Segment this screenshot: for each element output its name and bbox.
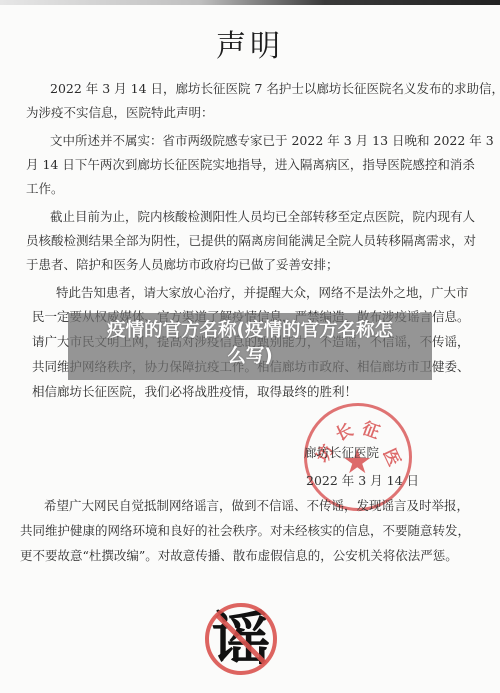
- paragraph-line: 于患者、陪护和医务人员廊坊市政府均已做了妥善安排；: [26, 255, 339, 273]
- document-title: 声明: [0, 21, 500, 65]
- caption-line-1: 疫情的官方名称(疫情的官方名称怎: [68, 318, 432, 344]
- paragraph-line: 为涉疫不实信息，医院特此声明：: [26, 103, 214, 121]
- caption-line-2: 么写): [68, 344, 432, 370]
- no-rumor-icon: 谣: [203, 601, 279, 677]
- seal-char: 长: [331, 416, 357, 446]
- paragraph-line: 月 14 日下午两次到廊坊长征医院实地指导，进入隔离病区，指导医院感控和消杀: [26, 155, 475, 173]
- signature-org: 廊坊长征医院: [304, 443, 379, 461]
- paragraph-line: 工作。: [26, 179, 64, 197]
- paragraph-line: 文中所述并不属实：省市两级院感专家已于 2022 年 3 月 13 日晚和 20…: [50, 131, 494, 149]
- seal-char: 医: [379, 444, 409, 470]
- appeal-line: 共同维护健康的网络环境和良好的社会秩序。对未经核实的信息，不要随意转发，: [20, 521, 470, 539]
- caption-text: 疫情的官方名称(疫情的官方名称怎 么写): [68, 313, 432, 370]
- appeal-line: 更不要故意“杜撰改编”。对故意传播、散布虚假信息的，公安机关将依法严惩。: [20, 546, 458, 564]
- signature-date: 2022 年 3 月 14 日: [306, 471, 419, 489]
- paragraph-line: 截止目前为止，院内核酸检测阳性人员均已全部转移至定点医院，院内现有人: [50, 207, 475, 225]
- seal-char: 征: [359, 414, 384, 443]
- paragraph-line: 特此告知患者，请大家放心治疗，并提醒大众，网络不是法外之地，广大市: [56, 283, 469, 301]
- caption-overlay: 疫情的官方名称(疫情的官方名称怎 么写): [68, 313, 432, 380]
- paragraph-line: 相信廊坊长征医院，我们必将战胜疫情，取得最终的胜利！: [32, 382, 357, 400]
- paragraph-line: 2022 年 3 月 14 日，廊坊长征医院 7 名护士以廊坊长征医院名义发布的…: [50, 79, 500, 97]
- prohibited-sign-icon: [203, 601, 279, 677]
- paragraph-line: 员核酸检测结果全部为阴性，已提供的隔离房间能满足全院人员转移隔离需求，对: [26, 231, 476, 249]
- appeal-line: 希望广大网民自觉抵制网络谣言，做到不信谣、不传谣，发现谣言及时举报，: [44, 496, 469, 514]
